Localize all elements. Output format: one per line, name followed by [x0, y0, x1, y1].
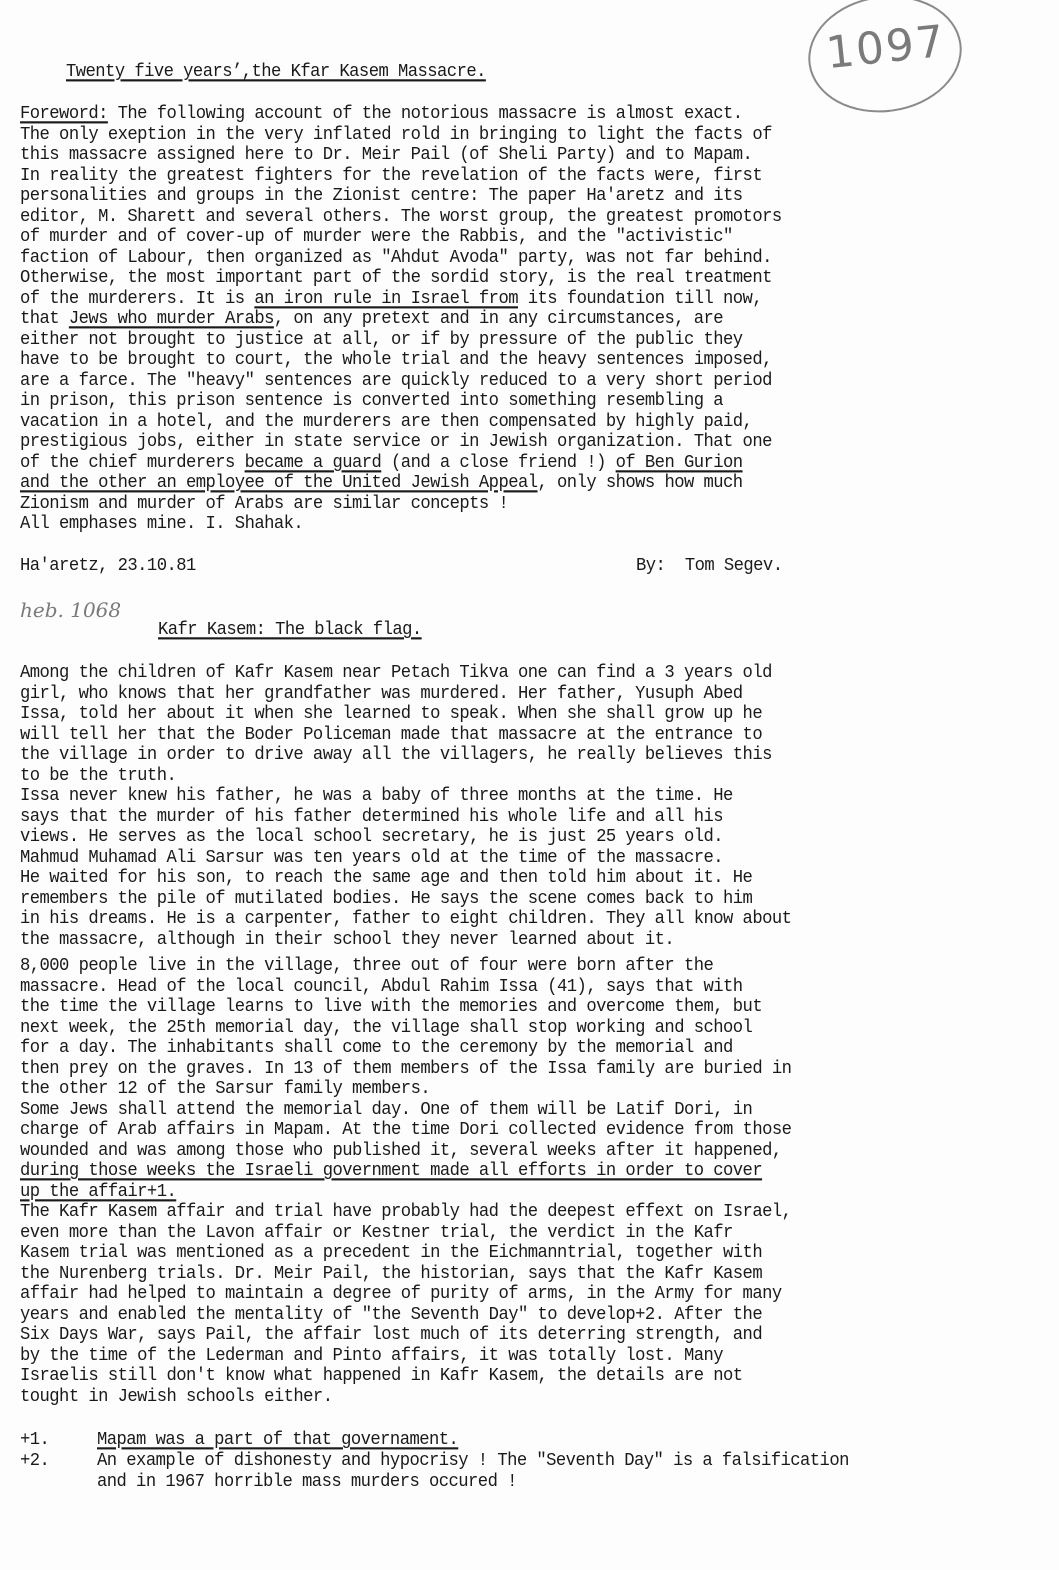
article-line: views. He serves as the local school sec…	[20, 827, 723, 849]
article-line: Issa never knew his father, he was a bab…	[20, 786, 733, 808]
foreword-line: Otherwise, the most important part of th…	[20, 268, 772, 290]
article-line: Mahmud Muhamad Ali Sarsur was ten years …	[20, 848, 723, 870]
foreword-line: either not brought to justice at all, or…	[20, 330, 743, 352]
foreword-line: faction of Labour, then organized as "Ah…	[20, 248, 772, 270]
footnote-1-text: Mapam was a part of that governament.	[97, 1430, 458, 1452]
article-line: the time the village learns to live with…	[20, 997, 762, 1019]
article-line: 8,000 people live in the village, three …	[20, 956, 713, 978]
article-line: Six Days War, says Pail, the affair lost…	[20, 1325, 762, 1347]
article-line: charge of Arab affairs in Mapam. At the …	[20, 1120, 791, 1142]
foreword-line: prestigious jobs, either in state servic…	[20, 432, 772, 454]
article-line: years and enabled the mentality of "the …	[20, 1305, 762, 1327]
foreword-label: Foreword:	[20, 104, 108, 125]
foreword-line-1: Foreword: The following account of the n…	[20, 104, 743, 126]
article-line: by the time of the Lederman and Pinto af…	[20, 1346, 723, 1368]
emphasis-underline: Jews who murder Arabs	[69, 309, 274, 330]
article-emphasis-line: during those weeks the Israeli governmen…	[20, 1161, 762, 1183]
footnote-2-label: +2.	[20, 1451, 49, 1473]
article-emphasis-line: up the affair+1.	[20, 1182, 176, 1204]
article-line: will tell her that the Boder Policeman m…	[20, 725, 762, 747]
foreword-line: personalities and groups in the Zionist …	[20, 186, 743, 208]
emphasis-underline: became a guard	[245, 453, 382, 474]
article-line: says that the murder of his father deter…	[20, 807, 723, 829]
document-page: 1097 Twenty five years’,the Kfar Kasem M…	[0, 0, 1059, 1570]
article-line: the Nurenberg trials. Dr. Meir Pail, the…	[20, 1264, 762, 1286]
article-line: Kasem trial was mentioned as a precedent…	[20, 1243, 762, 1265]
article-line: in his dreams. He is a carpenter, father…	[20, 909, 791, 931]
article-line: massacre. Head of the local council, Abd…	[20, 977, 743, 999]
foreword-line: of the chief murderers became a guard (a…	[20, 453, 743, 475]
article-line: the massacre, although in their school t…	[20, 930, 674, 952]
handwritten-note: heb. 1068	[20, 598, 121, 622]
article-line: Among the children of Kafr Kasem near Pe…	[20, 663, 772, 685]
emphasis-underline: an iron rule in Israel from	[254, 289, 518, 310]
article-line: next week, the 25th memorial day, the vi…	[20, 1018, 752, 1040]
article-line: He waited for his son, to reach the same…	[20, 868, 752, 890]
author-byline: By: Tom Segev.	[636, 556, 782, 578]
footnote-2-text-cont: and in 1967 horrible mass murders occure…	[97, 1472, 517, 1494]
article-line: Issa, told her about it when she learned…	[20, 704, 762, 726]
foreword-line: in prison, this prison sentence is conve…	[20, 391, 723, 413]
foreword-line: editor, M. Sharett and several others. T…	[20, 207, 782, 229]
article-line: Some Jews shall attend the memorial day.…	[20, 1100, 752, 1122]
article-line: tought in Jewish schools either.	[20, 1387, 332, 1409]
article-line: Israelis still don't know what happened …	[20, 1366, 743, 1388]
foreword-line: and the other an employee of the United …	[20, 473, 743, 495]
footnote-1-label: +1.	[20, 1430, 49, 1452]
publication-source: Ha'aretz, 23.10.81	[20, 556, 196, 578]
article-line: girl, who knows that her grandfather was…	[20, 684, 743, 706]
emphasis-underline: of Ben Gurion	[616, 453, 743, 474]
article-line: remembers the pile of mutilated bodies. …	[20, 889, 752, 911]
document-title: Twenty five years’,the Kfar Kasem Massac…	[66, 62, 486, 84]
emphasis-underline: and the other an employee of the United …	[20, 473, 538, 494]
foreword-line: have to be brought to court, the whole t…	[20, 350, 772, 372]
article-line: The Kafr Kasem affair and trial have pro…	[20, 1202, 791, 1224]
foreword-signature: All emphases mine. I. Shahak.	[20, 514, 303, 536]
foreword-line: this massacre assigned here to Dr. Meir …	[20, 145, 752, 167]
foreword-line: Zionism and murder of Arabs are similar …	[20, 494, 508, 516]
article-headline: Kafr Kasem: The black flag.	[158, 620, 422, 642]
article-line: then prey on the graves. In 13 of them m…	[20, 1059, 791, 1081]
article-line: the other 12 of the Sarsur family member…	[20, 1079, 430, 1101]
article-line: to be the truth.	[20, 766, 176, 788]
foreword-line: of the murderers. It is an iron rule in …	[20, 289, 762, 311]
article-line: the village in order to drive away all t…	[20, 745, 772, 767]
foreword-line: vacation in a hotel, and the murderers a…	[20, 412, 752, 434]
article-line: even more than the Lavon affair or Kestn…	[20, 1223, 733, 1245]
footnote-2-text: An example of dishonesty and hypocrisy !…	[97, 1451, 849, 1473]
foreword-line: In reality the greatest fighters for the…	[20, 166, 762, 188]
foreword-line: are a farce. The "heavy" sentences are q…	[20, 371, 772, 393]
article-line: affair had helped to maintain a degree o…	[20, 1284, 782, 1306]
article-line: for a day. The inhabitants shall come to…	[20, 1038, 733, 1060]
foreword-line: The only exeption in the very inflated r…	[20, 125, 772, 147]
foreword-line: that Jews who murder Arabs, on any prete…	[20, 309, 723, 331]
article-line: wounded and was among those who publishe…	[20, 1141, 782, 1163]
foreword-line: of murder and of cover-up of murder were…	[20, 227, 733, 249]
